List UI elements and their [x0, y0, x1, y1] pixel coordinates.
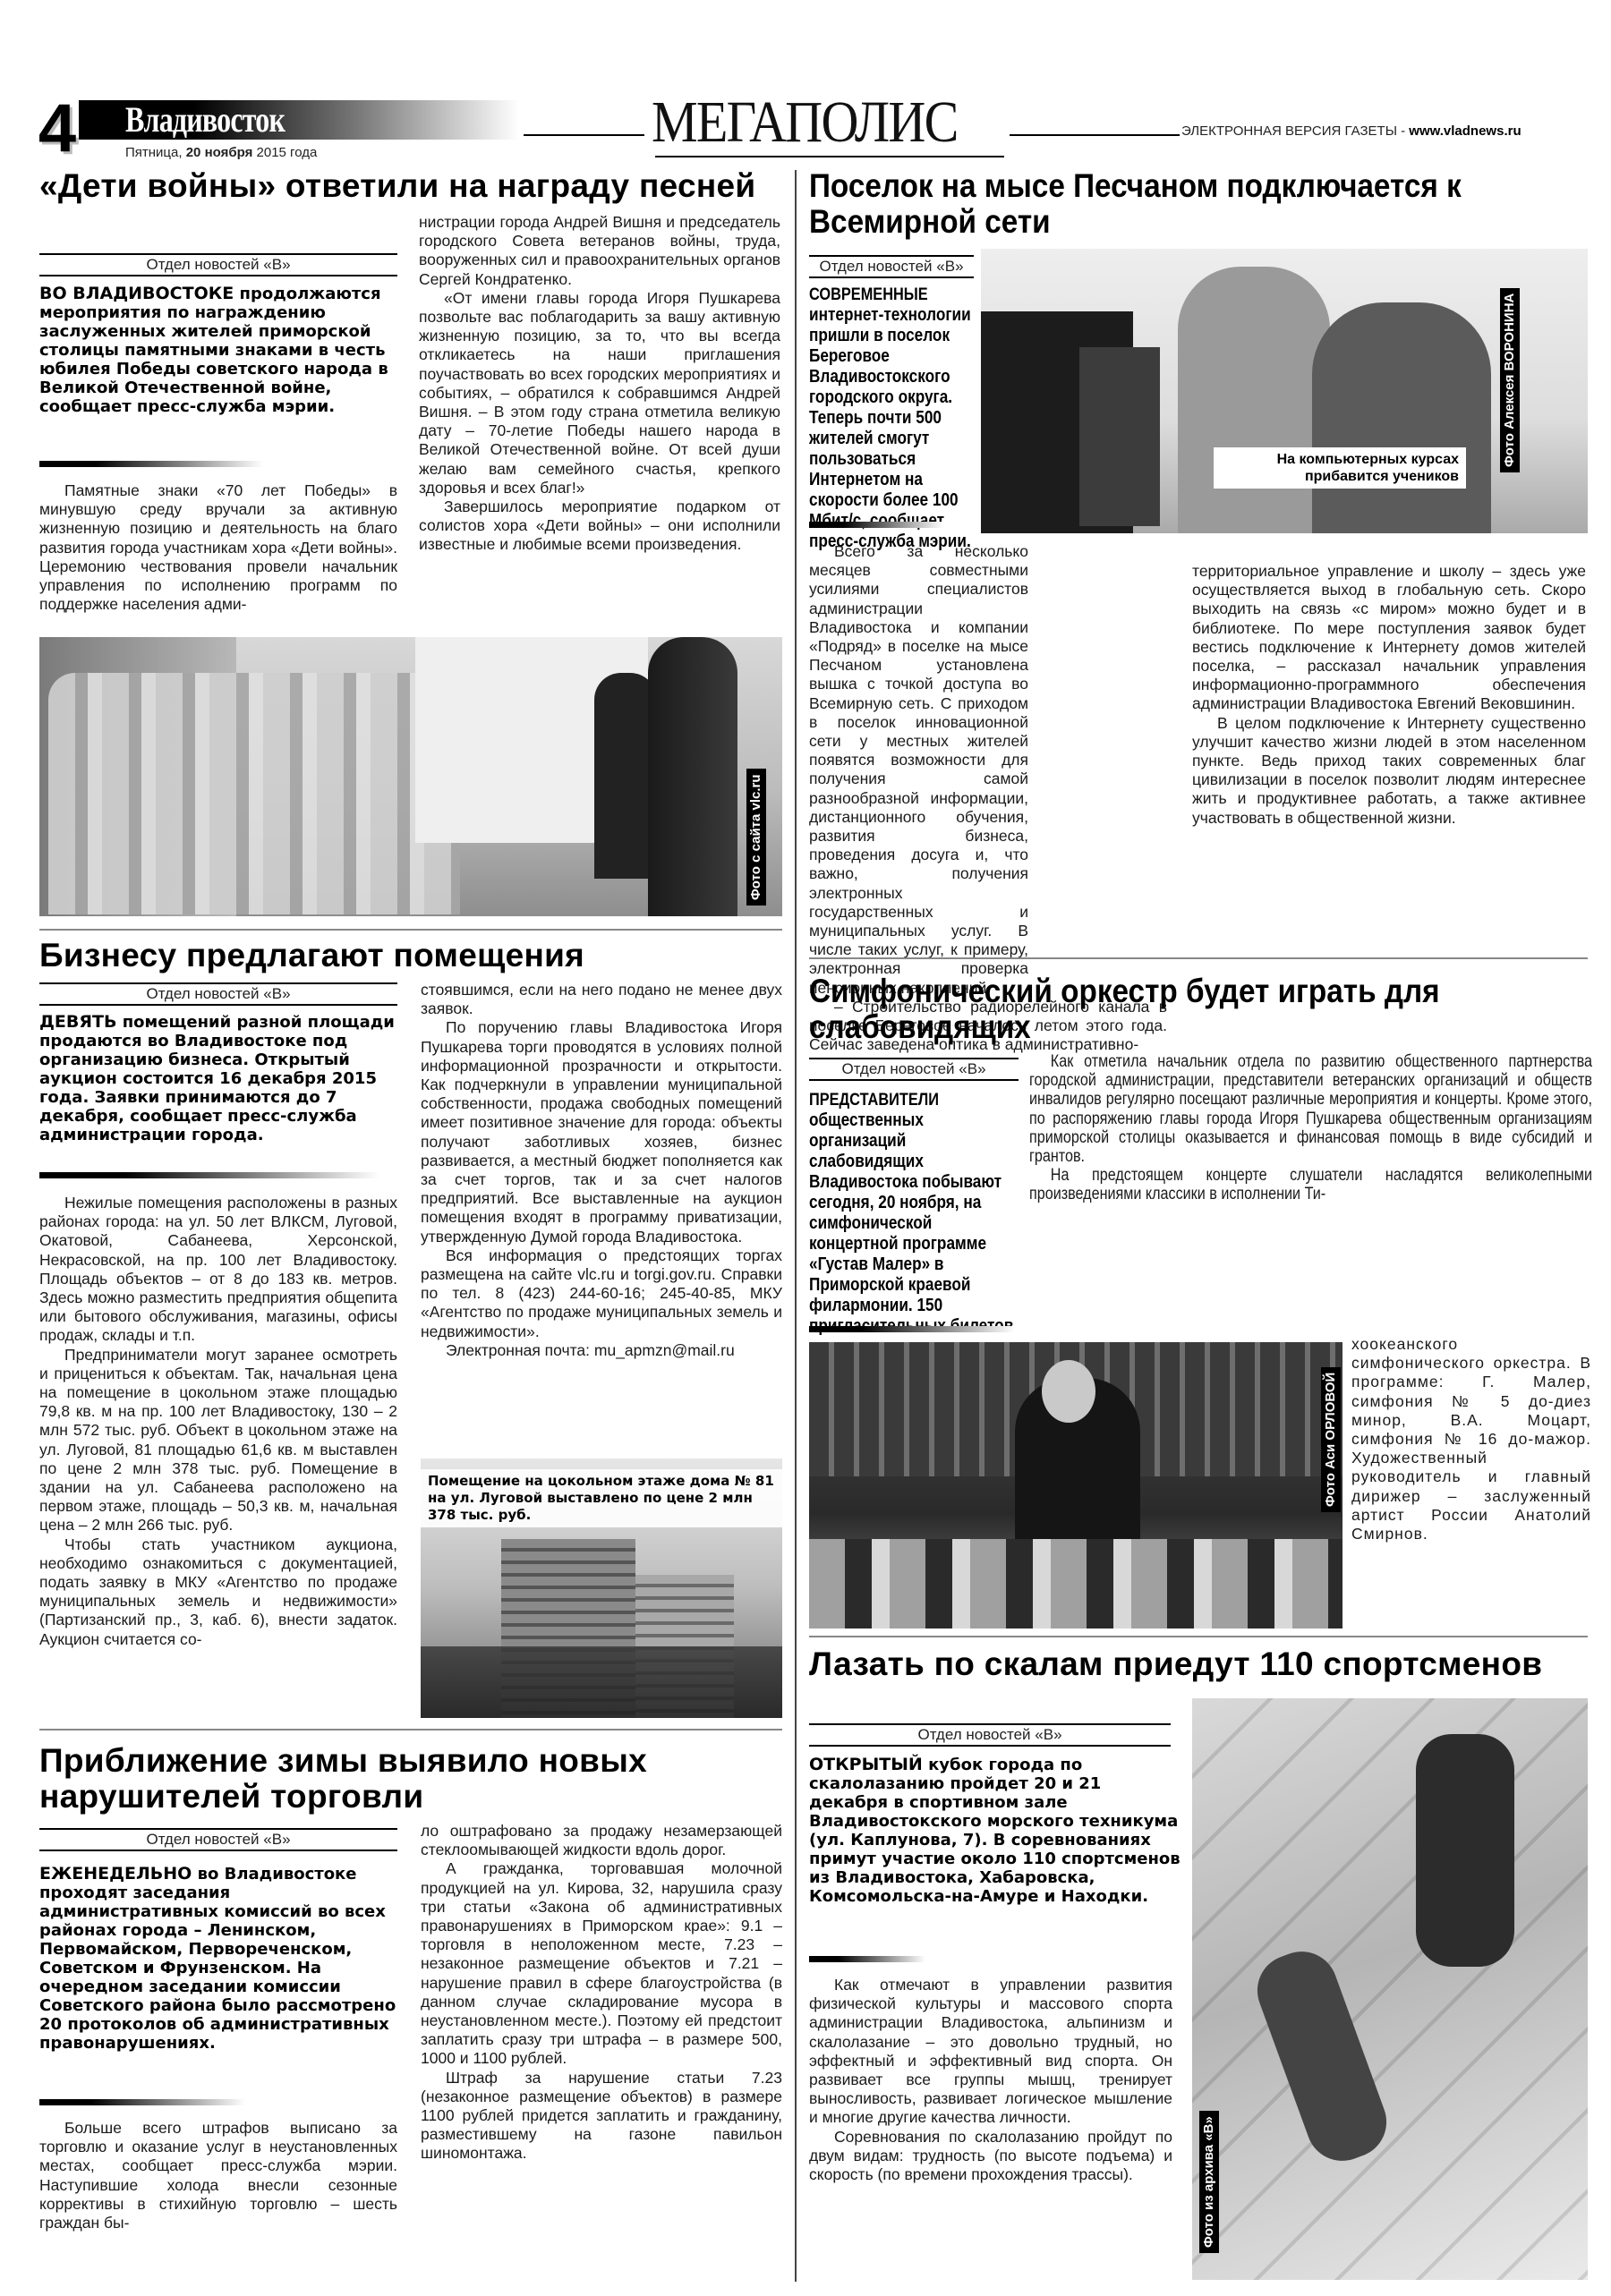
photo-man-foreground	[648, 637, 737, 916]
lead-caps: ОТКРЫТЫЙ	[809, 1755, 923, 1774]
article-body-col3: хоокеанского симфонического оркестра. В …	[1351, 1335, 1591, 1543]
paragraph: Соревнования по скалолазанию пройдут по …	[809, 2128, 1172, 2185]
divider	[655, 156, 1004, 157]
photo-credit: Фото с сайта vlc.ru	[746, 769, 766, 906]
newspaper-title: Владивосток	[125, 98, 285, 140]
paragraph: А гражданка, торговавшая молочной продук…	[421, 1859, 782, 2068]
photo-trees	[421, 1646, 782, 1718]
paragraph: На предстоящем концерте слушатели наслад…	[1029, 1166, 1592, 1203]
edition-url-link[interactable]: www.vladnews.ru	[1409, 123, 1521, 139]
masthead: 4 Владивосток Пятница, 20 ноября 2015 го…	[36, 97, 1584, 168]
paragraph: Чтобы стать участником аукциона, необход…	[39, 1535, 397, 1649]
article-divider	[39, 929, 782, 931]
article-body-col1: Памятные знаки «70 лет Победы» в минувшу…	[39, 481, 397, 614]
photo-caption: Помещение на цокольном этаже дома № 81 н…	[421, 1469, 782, 1527]
lead-paragraph: ЕЖЕНЕДЕЛЬНО во Владивостоке проходят зас…	[39, 1865, 406, 2053]
lead-caps: ПРЕДСТАВИТЕЛИ	[809, 1091, 939, 1110]
photo-orchestra: Фото Аси ОРЛОВОЙ	[809, 1342, 1342, 1628]
lead-rule	[39, 2099, 245, 2105]
photo-monitor-back	[1079, 347, 1160, 526]
photo-musicians	[809, 1539, 1342, 1628]
paragraph: «От имени главы города Игоря Пушкарева п…	[419, 289, 780, 497]
article-divider	[809, 1636, 1588, 1637]
paragraph: Больше всего штрафов выписано за торговл…	[39, 2119, 397, 2232]
paragraph: стоявшимся, если на него подано не менее…	[421, 981, 782, 1018]
byline: Отдел новостей «В»	[39, 1828, 397, 1851]
photo-woman-2	[1312, 302, 1491, 533]
lead-rule	[809, 1326, 1015, 1332]
headline: Поселок на мысе Песчаном подключается к …	[809, 168, 1518, 240]
photo-credit: Фото Алексея ВОРОНИНА	[1500, 288, 1520, 472]
photo-choir-women	[48, 673, 460, 914]
photo-woman-1	[1178, 267, 1330, 533]
headline: «Дети войны» ответили на награду песней	[39, 168, 773, 204]
paragraph: Завершилось мероприятие подарком от соли…	[419, 497, 780, 555]
photo-building: Помещение на цокольном этаже дома № 81 н…	[421, 1458, 782, 1718]
photo-credit: Фото Аси ОРЛОВОЙ	[1321, 1367, 1341, 1512]
article-body-col2: территориальное управление и школу – зде…	[1192, 562, 1586, 828]
photo-credit: Фото из архива «В»	[1199, 2111, 1219, 2253]
headline: Лазать по скалам приедут 110 спортсменов	[809, 1646, 1597, 1682]
lead-caps: СОВРЕМЕННЫЕ	[809, 285, 928, 304]
paragraph: Всего за несколько месяцев совместными у…	[809, 542, 1167, 998]
divider	[524, 134, 644, 136]
issue-date: Пятница, 20 ноября 2015 года	[125, 145, 317, 160]
byline: Отдел новостей «В»	[809, 1723, 1171, 1747]
column-divider	[795, 170, 797, 2282]
paragraph: нистрации города Андрей Вишня и председа…	[419, 213, 780, 289]
paragraph: Предприниматели могут заранее осмотреть …	[39, 1346, 397, 1535]
headline: Приближение зимы выявило новых нарушител…	[39, 1743, 782, 1815]
article-divider	[39, 1729, 782, 1731]
lead-caps: ДЕВЯТЬ	[39, 1012, 116, 1032]
lead-text: кубок города по скалолазанию пройдет 20 …	[809, 1756, 1181, 1906]
lead-text: интернет-технологии пришли в поселок Бер…	[809, 305, 971, 551]
paragraph: Как отмечают в управлении развития физич…	[809, 1976, 1172, 2128]
paragraph: По поручению главы Владивостока Игоря Пу…	[421, 1018, 782, 1246]
paragraph: Памятные знаки «70 лет Победы» в минувшу…	[39, 481, 397, 614]
photo-choir: Фото с сайта vlc.ru	[39, 637, 782, 916]
lead-text: во Владивостоке проходят заседания админ…	[39, 1865, 396, 2053]
paragraph: В целом подключение к Интернету существе…	[1192, 714, 1586, 828]
lead-paragraph: СОВРЕМЕННЫЕ интернет-технологии пришли в…	[809, 285, 975, 552]
paragraph: ло оштрафовано за продажу незамерзающей …	[421, 1822, 782, 1859]
divider	[1010, 134, 1180, 136]
byline: Отдел новостей «В»	[809, 1058, 1019, 1081]
headline: Симфонический оркестр будет играть для с…	[809, 974, 1518, 1045]
photo-climbing-wall	[1192, 1698, 1588, 2280]
date-weekday: Пятница,	[125, 145, 186, 160]
paragraph: Нежилые помещения расположены в разных р…	[39, 1194, 397, 1346]
photo-caption: На компьютерных курсах прибавится ученик…	[1214, 447, 1466, 489]
article-body-col2: нистрации города Андрей Вишня и председа…	[419, 213, 780, 555]
paragraph: Электронная почта: mu_apmzn@mail.ru	[421, 1341, 782, 1360]
lead-rule	[39, 461, 263, 467]
page-number: 4	[36, 93, 79, 165]
article-body-col2: ло оштрафовано за продажу незамерзающей …	[421, 1822, 782, 2164]
lead-rule	[809, 1956, 925, 1962]
edition-note: ЭЛЕКТРОННАЯ ВЕРСИЯ ГАЗЕТЫ - www.vladnews…	[1181, 123, 1521, 139]
date-year: 2015 года	[252, 145, 317, 160]
paragraph: Как отметила начальник отдела по развити…	[1029, 1052, 1592, 1166]
article-body-col1: Нежилые помещения расположены в разных р…	[39, 1194, 397, 1649]
masthead-gradient-bar	[54, 100, 519, 140]
photo-computer-courses: На компьютерных курсах прибавится ученик…	[981, 249, 1588, 533]
lead-text: продолжаются мероприятия по награждению …	[39, 285, 388, 416]
article-body-col2: стоявшимся, если на него подано не менее…	[421, 981, 782, 1360]
lead-paragraph: ОТКРЫТЫЙ кубок города по скалолазанию пр…	[809, 1756, 1185, 1906]
photo-climbers: Фото из архива «В»	[1192, 1698, 1588, 2280]
date-day: 20 ноября	[186, 145, 253, 160]
lead-paragraph: ДЕВЯТЬ помещений разной площади продаютс…	[39, 1013, 406, 1144]
byline: Отдел новостей «В»	[809, 255, 974, 278]
article-body-col2: Как отметила начальник отдела по развити…	[1029, 1052, 1592, 1204]
lead-rule	[809, 522, 943, 528]
article-body-col1: Как отмечают в управлении развития физич…	[809, 1976, 1172, 2184]
photo-climber-1	[1416, 1734, 1514, 1967]
paragraph: Штраф за нарушение статьи 7.23 (незаконн…	[421, 2069, 782, 2164]
edition-label: ЭЛЕКТРОННАЯ ВЕРСИЯ ГАЗЕТЫ -	[1181, 123, 1409, 139]
byline: Отдел новостей «В»	[39, 253, 397, 276]
paragraph: Вся информация о предстоящих торгах разм…	[421, 1246, 782, 1341]
byline: Отдел новостей «В»	[39, 982, 397, 1006]
lead-caps: ЕЖЕНЕДЕЛЬНО	[39, 1864, 192, 1884]
paragraph: хоокеанского симфонического оркестра. В …	[1351, 1335, 1591, 1543]
lead-caps: ВО ВЛАДИВОСТОКЕ	[39, 284, 234, 303]
article-body-col1: Больше всего штрафов выписано за торговл…	[39, 2119, 397, 2232]
article-divider	[809, 957, 1588, 959]
photo-conductor-head	[1042, 1360, 1095, 1423]
headline: Бизнесу предлагают помещения	[39, 938, 782, 974]
paragraph: территориальное управление и школу – зде…	[1192, 562, 1586, 714]
lead-paragraph: ВО ВЛАДИВОСТОКЕ продолжаются мероприятия…	[39, 285, 397, 416]
lead-text: помещений разной площади продаются во Вл…	[39, 1013, 395, 1144]
section-title: МЕГАПОЛИС	[652, 91, 958, 154]
lead-rule	[39, 1172, 379, 1178]
